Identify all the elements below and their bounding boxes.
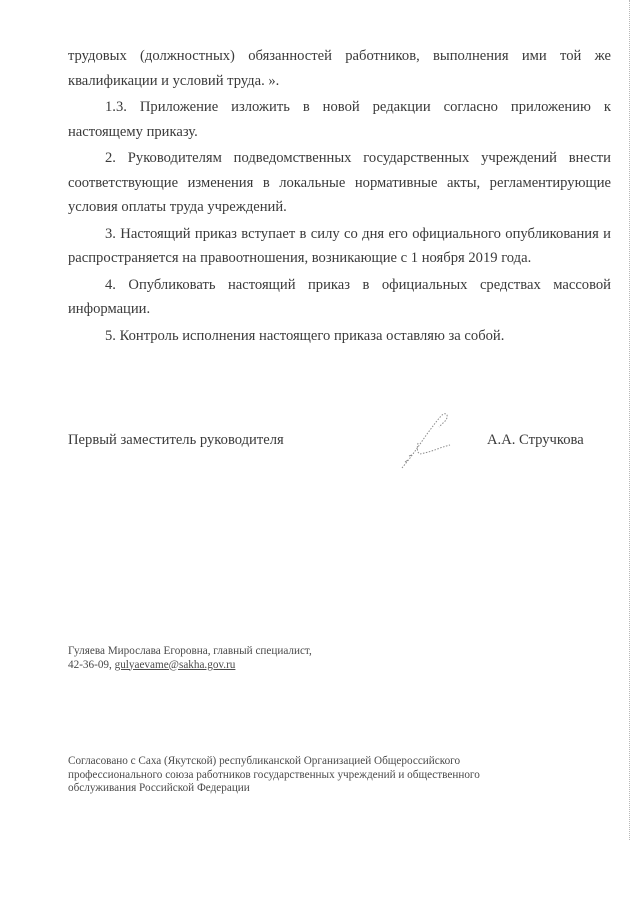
signer-position-title: Первый заместитель руководителя bbox=[68, 430, 284, 450]
signer-name: А.А. Стручкова bbox=[487, 430, 584, 450]
paragraph-5: 5. Контроль исполнения настоящего приказ… bbox=[68, 324, 611, 349]
document-page: трудовых (должностных) обязанностей рабо… bbox=[0, 0, 640, 905]
handwritten-signature-icon bbox=[396, 410, 466, 472]
paragraph-4: 4. Опубликовать настоящий приказ в офици… bbox=[68, 273, 611, 322]
approval-line: профессионального союза работников госуд… bbox=[68, 769, 568, 783]
executor-email-link[interactable]: gulyaevame@sakha.gov.ru bbox=[115, 659, 236, 671]
paragraph-continuation: трудовых (должностных) обязанностей рабо… bbox=[68, 44, 611, 93]
approval-note: Согласовано с Саха (Якутской) республика… bbox=[68, 755, 568, 796]
scan-edge-line bbox=[629, 0, 630, 840]
executor-contact-line: 42-36-09, gulyaevame@sakha.gov.ru bbox=[68, 659, 312, 673]
approval-line: обслуживания Российской Федерации bbox=[68, 782, 568, 796]
paragraph-1-3: 1.3. Приложение изложить в новой редакци… bbox=[68, 95, 611, 144]
approval-line: Согласовано с Саха (Якутской) республика… bbox=[68, 755, 568, 769]
paragraph-3: 3. Настоящий приказ вступает в силу со д… bbox=[68, 222, 611, 271]
executor-phone: 42-36-09, bbox=[68, 659, 115, 671]
executor-info: Гуляева Мирослава Егоровна, главный спец… bbox=[68, 645, 312, 672]
executor-name-line: Гуляева Мирослава Егоровна, главный спец… bbox=[68, 645, 312, 659]
paragraph-2: 2. Руководителям подведомственных госуда… bbox=[68, 146, 611, 220]
document-body: трудовых (должностных) обязанностей рабо… bbox=[68, 44, 611, 350]
